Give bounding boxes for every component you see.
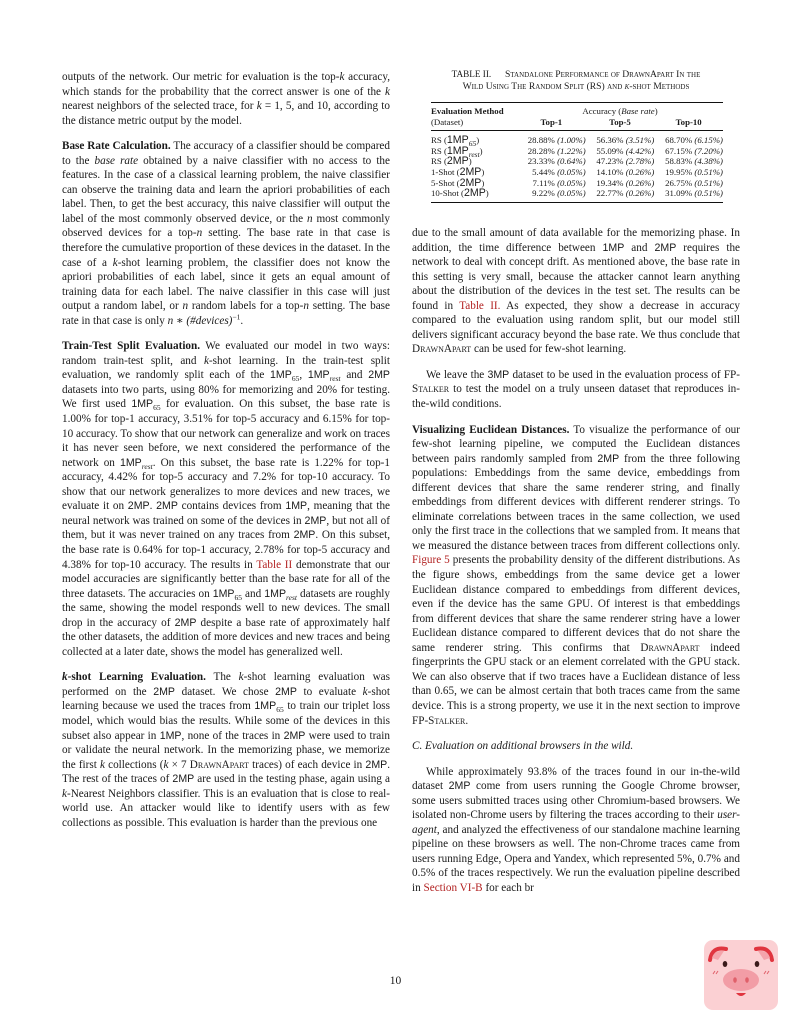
row-method: 10-Shot (2MP) (431, 188, 517, 202)
header-dataset: (Dataset) (431, 117, 517, 131)
paragraph-k-shot-continued: due to the small amount of data availabl… (412, 226, 740, 357)
table-caption-line1: TABLE II. Standalone Performance of Draw… (412, 68, 740, 81)
row-method: RS (1MP65) (431, 131, 517, 146)
table-row: RS (1MPrest) 28.28% (1.22%) 55.09% (4.42… (431, 146, 723, 157)
row-top5: 47.23% (2.78%) (586, 156, 655, 167)
header-top1: Top-1 (517, 117, 586, 131)
row-top1: 7.11% (0.05%) (517, 178, 586, 189)
row-top10: 68.70% (6.15%) (654, 131, 723, 146)
page-number: 10 (0, 975, 791, 987)
header-accuracy-label: Accuracy ( (582, 106, 621, 116)
paragraph-train-test-split: Train-Test Split Evaluation. We evaluate… (62, 339, 390, 659)
row-top5: 55.09% (4.42%) (586, 146, 655, 157)
row-top10: 26.75% (0.51%) (654, 178, 723, 189)
results-table: Evaluation Method Accuracy (Base rate) (… (431, 102, 723, 203)
row-top1: 28.28% (1.22%) (517, 146, 586, 157)
header-top5: Top-5 (586, 117, 655, 131)
row-top1: 5.44% (0.05%) (517, 167, 586, 178)
header-top10: Top-10 (654, 117, 723, 131)
row-top10: 19.95% (0.51%) (654, 167, 723, 178)
header-evaluation-method: Evaluation Method (431, 103, 517, 117)
row-top10: 58.83% (4.38%) (654, 156, 723, 167)
paragraph-euclidean-distances: Visualizing Euclidean Distances. To visu… (412, 423, 740, 728)
table-row: RS (1MP65) 28.88% (1.00%) 56.36% (3.51%)… (431, 131, 723, 146)
paragraph-top-k-metric: outputs of the network. Our metric for e… (62, 70, 390, 128)
table-ii-link[interactable]: Table II. (459, 300, 500, 312)
table-header-row: Evaluation Method Accuracy (Base rate) (431, 103, 723, 117)
row-top5: 14.10% (0.26%) (586, 167, 655, 178)
paragraph-3mp-dataset: We leave the 3MP dataset to be used in t… (412, 368, 740, 412)
row-top5: 19.34% (0.26%) (586, 178, 655, 189)
row-top1: 28.88% (1.00%) (517, 131, 586, 146)
table-title-text: -shot Methods (629, 81, 689, 92)
table-row: 10-Shot (2MP) 9.22% (0.05%) 22.77% (0.26… (431, 188, 723, 202)
header-base-rate: Base rate (621, 106, 654, 116)
row-top5: 22.77% (0.26%) (586, 188, 655, 202)
table-title-line1: Standalone Performance of DrawnApart In … (505, 69, 700, 80)
table-title-text: Wild Using The Random Split (RS) and (463, 81, 625, 92)
paragraph-additional-browsers: While approximately 93.8% of the traces … (412, 765, 740, 896)
header-accuracy: Accuracy (Base rate) (517, 103, 723, 117)
row-top10: 67.15% (7.20%) (654, 146, 723, 157)
section-vi-b-link[interactable]: Section VI-B (424, 882, 483, 894)
row-top10: 31.09% (0.51%) (654, 188, 723, 202)
table-header-row: (Dataset) Top-1 Top-5 Top-10 (431, 117, 723, 131)
run-in-heading: k-shot Learning Evaluation. (62, 671, 206, 683)
table-caption-line2: Wild Using The Random Split (RS) and k-s… (412, 81, 740, 93)
table-label: TABLE II. (452, 69, 492, 79)
row-top1: 23.33% (0.64%) (517, 156, 586, 167)
table-caption: TABLE II. Standalone Performance of Draw… (412, 68, 740, 93)
figure-5-link[interactable]: Figure 5 (412, 554, 450, 566)
right-column: due to the small amount of data availabl… (412, 226, 740, 907)
header-paren: ) (655, 106, 658, 116)
table-ii-link[interactable]: Table II (256, 559, 292, 571)
row-top5: 56.36% (3.51%) (586, 131, 655, 146)
run-in-heading: Train-Test Split Evaluation. (62, 340, 200, 352)
pig-face-icon[interactable] (704, 940, 778, 1010)
section-heading: C. Evaluation on additional browsers in … (412, 739, 740, 754)
left-column: outputs of the network. Our metric for e… (62, 70, 390, 841)
paragraph-base-rate: Base Rate Calculation. The accuracy of a… (62, 139, 390, 328)
row-top1: 9.22% (0.05%) (517, 188, 586, 202)
run-in-heading: Visualizing Euclidean Distances. (412, 424, 569, 436)
run-in-heading: Base Rate Calculation. (62, 140, 171, 152)
row-method: RS (1MPrest) (431, 146, 517, 157)
paragraph-k-shot-learning: k-shot Learning Evaluation. The k-shot l… (62, 670, 390, 830)
